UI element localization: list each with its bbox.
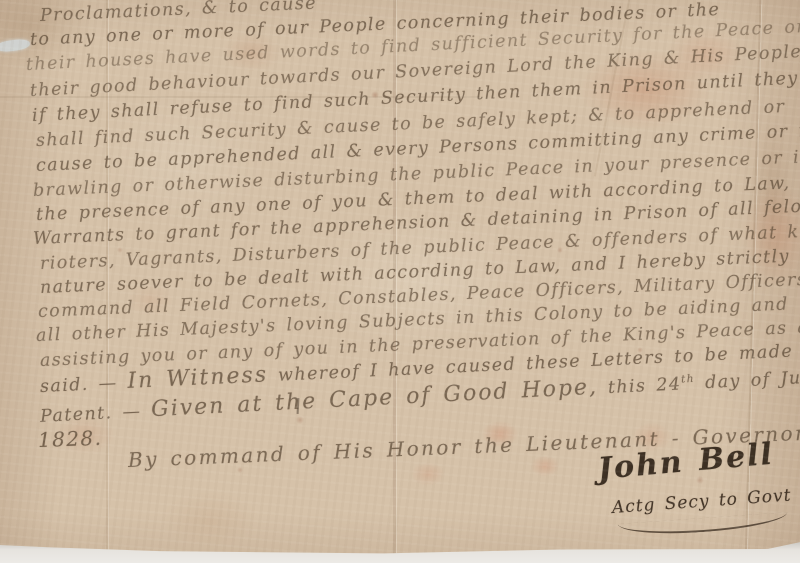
patent-prefix: Patent. — xyxy=(40,401,152,427)
patent-day-suffix: day of July xyxy=(695,367,800,393)
edge-light-mark xyxy=(0,38,31,53)
paper-sheet: Proclamations, & to cause to any one or … xyxy=(0,0,800,563)
witness-prefix: said. — xyxy=(40,373,128,397)
year-line: 1828. xyxy=(38,426,103,452)
patent-day: this 24 xyxy=(598,374,682,398)
patent-day-ordinal: th xyxy=(681,373,695,386)
